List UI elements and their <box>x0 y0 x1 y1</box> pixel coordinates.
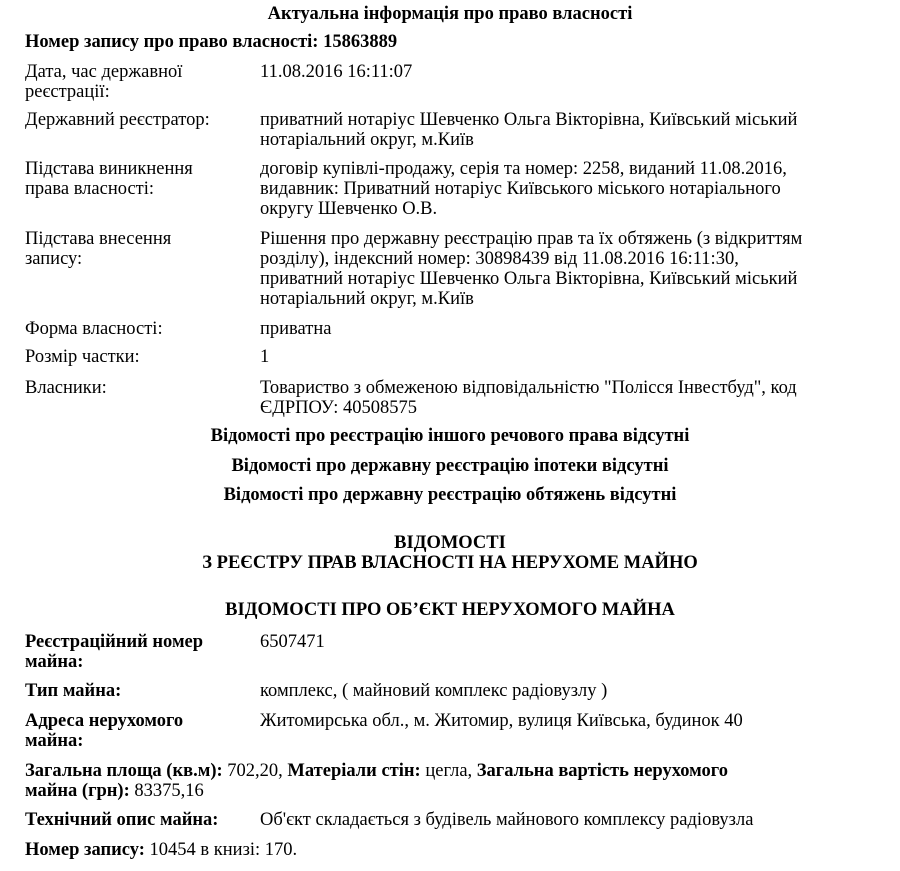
value-line: приватний нотаріус Шевченко Ольга Віктор… <box>260 269 880 289</box>
label-line: майна: <box>25 652 203 672</box>
field-label: Підстава виникнення права власності: <box>25 159 193 199</box>
label-line: Дата, час державної <box>25 62 182 82</box>
record-number-label: Номер запису про право власності: <box>25 32 318 52</box>
object-subtitle: ВІДОМОСТІ ПРО ОБ’ЄКТ НЕРУХОМОГО МАЙНА <box>0 600 900 621</box>
value-line: Товариство з обмеженою відповідальністю … <box>260 378 880 398</box>
field-value: Рішення про державну реєстрацію прав та … <box>260 229 880 309</box>
field-label: Тип майна: <box>25 681 121 701</box>
field-label: Державний реєстратор: <box>25 110 210 130</box>
label-line: Реєстраційний номер <box>25 632 203 652</box>
label-line: Підстава внесення <box>25 229 171 249</box>
field-value: 11.08.2016 16:11:07 <box>260 62 880 82</box>
registry-title-line: ВІДОМОСТІ <box>0 533 900 553</box>
field-value: договір купівлі-продажу, серія та номер:… <box>260 159 880 219</box>
field-value: 1 <box>260 347 880 367</box>
field-value: приватна <box>260 319 880 339</box>
label-line: запису: <box>25 249 171 269</box>
notice-mortgage: Відомості про державну реєстрацію іпотек… <box>0 456 900 477</box>
field-value: приватний нотаріус Шевченко Ольга Віктор… <box>260 110 880 150</box>
walls-label: Матеріали стін: <box>287 761 420 781</box>
label-line: Державний реєстратор: <box>25 110 210 130</box>
field-label: Технічний опис майна: <box>25 810 218 830</box>
section-title: Актуальна інформація про право власності <box>0 4 900 25</box>
field-label: Форма власності: <box>25 319 163 339</box>
field-value: комплекс, ( майновий комплекс радіовузлу… <box>260 681 880 701</box>
cost-label: Загальна вартість нерухомого <box>477 761 728 781</box>
notice-other-rights: Відомості про реєстрацію іншого речового… <box>0 426 900 447</box>
field-label: Дата, час державної реєстрації: <box>25 62 182 102</box>
walls-value: цегла, <box>425 761 472 781</box>
value-line: ЄДРПОУ: 40508575 <box>260 398 880 418</box>
value-line: видавник: Приватний нотаріус Київського … <box>260 179 880 199</box>
label-line: Підстава виникнення <box>25 159 193 179</box>
record-number-line: Номер запису про право власності: 158638… <box>25 32 397 53</box>
cost-value: 83375,16 <box>134 781 203 801</box>
entry-label: Номер запису: <box>25 840 145 860</box>
value-line: 11.08.2016 16:11:07 <box>260 62 880 82</box>
field-label: Адреса нерухомого майна: <box>25 711 183 751</box>
cost-label-cont: майна (грн): <box>25 781 130 801</box>
area-value: 702,20, <box>227 761 283 781</box>
value-line: договір купівлі-продажу, серія та номер:… <box>260 159 880 179</box>
field-value: Товариство з обмеженою відповідальністю … <box>260 378 880 418</box>
notice-encumbrances: Відомості про державну реєстрацію обтяже… <box>0 485 900 506</box>
field-label: Підстава внесення запису: <box>25 229 171 269</box>
registry-title: ВІДОМОСТІ З РЕЄСТРУ ПРАВ ВЛАСНОСТІ НА НЕ… <box>0 533 900 573</box>
value-line: округу Шевченко О.В. <box>260 199 880 219</box>
value-line: Рішення про державну реєстрацію прав та … <box>260 229 880 249</box>
label-line: Адреса нерухомого <box>25 711 183 731</box>
label-line: права власності: <box>25 179 193 199</box>
value-line: нотаріальний округ, м.Київ <box>260 289 880 309</box>
registry-title-line: З РЕЄСТРУ ПРАВ ВЛАСНОСТІ НА НЕРУХОМЕ МАЙ… <box>0 553 900 573</box>
field-label: Розмір частки: <box>25 347 140 367</box>
area-walls-cost: Загальна площа (кв.м): 702,20, Матеріали… <box>25 761 885 801</box>
entry-value: 10454 в книзі: 170. <box>150 840 298 860</box>
field-value: Житомирська обл., м. Житомир, вулиця Киї… <box>260 711 880 731</box>
field-value: Об'єкт складається з будівель майнового … <box>260 810 880 830</box>
field-value: 6507471 <box>260 632 880 652</box>
field-label: Реєстраційний номер майна: <box>25 632 203 672</box>
value-line: приватний нотаріус Шевченко Ольга Віктор… <box>260 110 880 130</box>
value-line: нотаріальний округ, м.Київ <box>260 130 880 150</box>
area-label: Загальна площа (кв.м): <box>25 761 223 781</box>
entry-number-line: Номер запису: 10454 в книзі: 170. <box>25 840 297 860</box>
label-line: майна: <box>25 731 183 751</box>
value-line: розділу), індексний номер: 30898439 від … <box>260 249 880 269</box>
record-number-value: 15863889 <box>323 32 397 52</box>
field-label: Власники: <box>25 378 107 398</box>
label-line: реєстрації: <box>25 82 182 102</box>
